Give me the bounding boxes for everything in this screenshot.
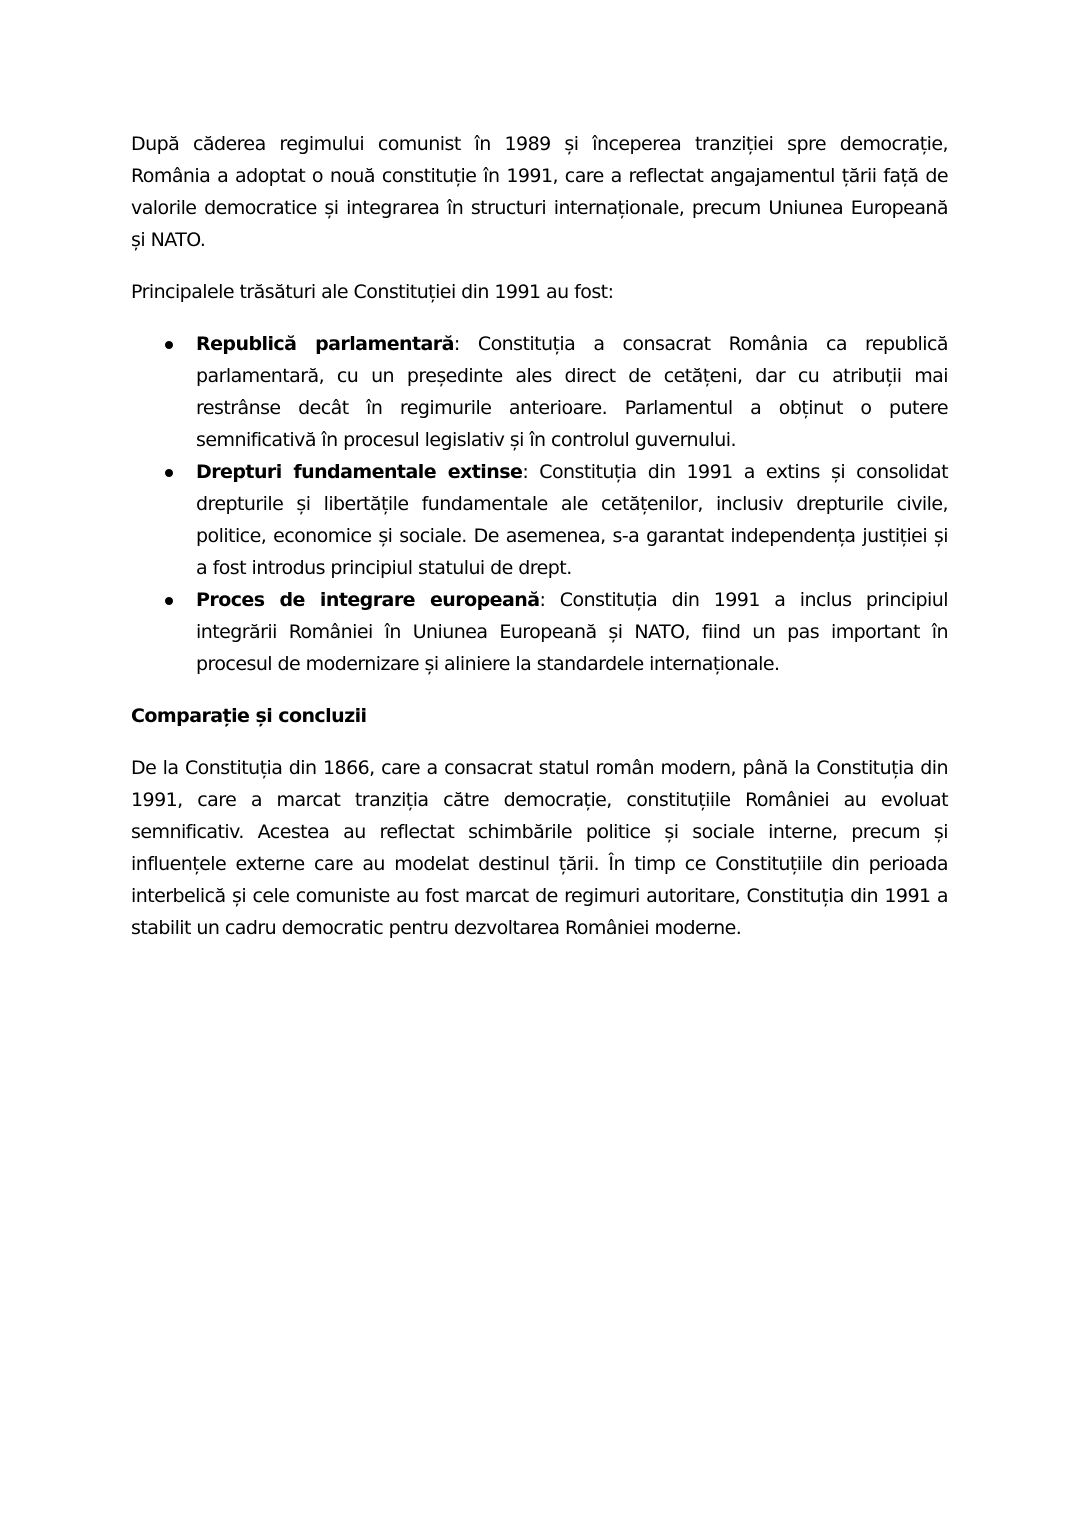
feature-term: Drepturi fundamentale extinse bbox=[196, 461, 522, 483]
bullet-icon bbox=[165, 341, 173, 349]
feature-term: Republică parlamentară bbox=[196, 333, 454, 355]
bullet-icon bbox=[165, 469, 173, 477]
list-item: Drepturi fundamentale extinse: Constituț… bbox=[196, 456, 948, 584]
list-item: Republică parlamentară: Constituția a co… bbox=[196, 328, 948, 456]
features-list: Republică parlamentară: Constituția a co… bbox=[131, 328, 948, 680]
section-heading: Comparație și concluzii bbox=[131, 700, 948, 732]
intro-paragraph: După căderea regimului comunist în 1989 … bbox=[131, 128, 948, 256]
bullet-icon bbox=[165, 597, 173, 605]
feature-separator: : bbox=[540, 589, 560, 611]
list-intro: Principalele trăsături ale Constituției … bbox=[131, 276, 948, 308]
feature-term: Proces de integrare europeană bbox=[196, 589, 540, 611]
feature-separator: : bbox=[522, 461, 539, 483]
document-page: După căderea regimului comunist în 1989 … bbox=[131, 128, 948, 944]
conclusion-paragraph: De la Constituția din 1866, care a consa… bbox=[131, 752, 948, 944]
list-item: Proces de integrare europeană: Constituț… bbox=[196, 584, 948, 680]
feature-separator: : bbox=[454, 333, 478, 355]
